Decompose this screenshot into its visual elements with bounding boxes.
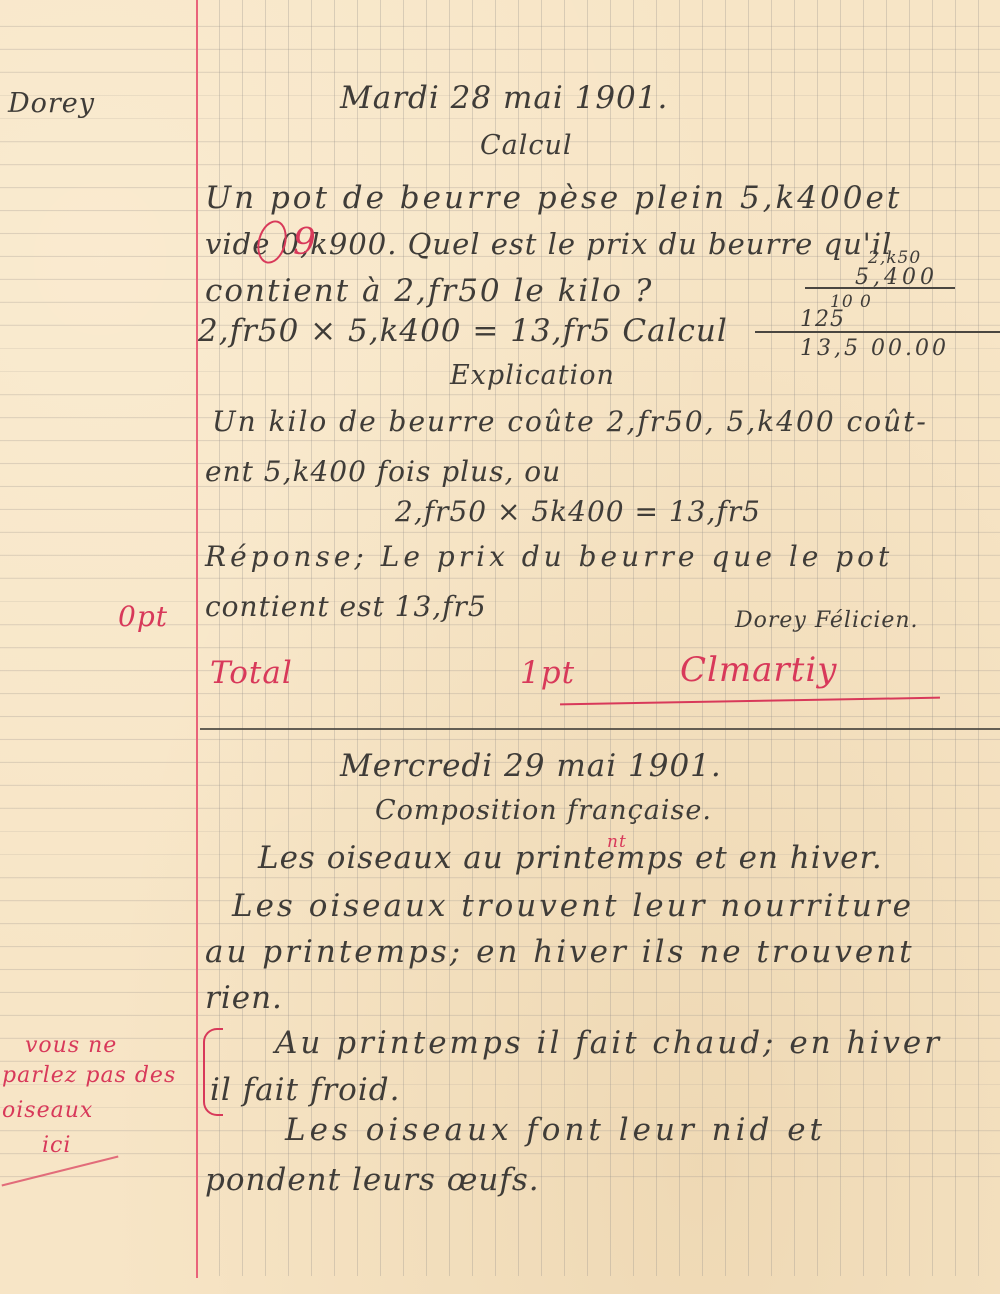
problem-line-1: Un pot de beurre pèse plein 5,k400et xyxy=(205,180,902,216)
side-result: 13,5 00.00 xyxy=(800,336,949,361)
entry1-subject: Calcul xyxy=(480,130,573,161)
body-line-3: rien. xyxy=(205,980,283,1016)
answer-line-1: Réponse; Le prix du beurre que le pot xyxy=(205,540,893,573)
body-line-6: Les oiseaux font leur nid et xyxy=(285,1112,826,1148)
explanation-line-2: ent 5,k400 fois plus, ou xyxy=(205,455,561,488)
red-margin-line xyxy=(196,0,198,1278)
body-line-1: Les oiseaux trouvent leur nourriture xyxy=(232,888,914,924)
entry2-date: Mercredi 29 mai 1901. xyxy=(340,748,722,784)
body-line-2: au printemps; en hiver ils ne trouvent xyxy=(205,934,915,970)
body-line-5: il fait froid. xyxy=(210,1072,400,1108)
teacher-comment-line-4: ici xyxy=(42,1133,71,1158)
side-calc-line-1 xyxy=(805,287,955,289)
section-divider xyxy=(200,728,1000,730)
margin-grade: 0pt xyxy=(118,600,168,633)
side-partial-2: 125 xyxy=(800,307,845,332)
explanation-line-1: Un kilo de beurre coûte 2,fr50, 5,k400 c… xyxy=(212,405,928,438)
notebook-page: Dorey 0pt Mardi 28 mai 1901. Calcul Un p… xyxy=(0,0,1000,1294)
problem-line-3: contient à 2,fr50 le kilo ? xyxy=(205,273,653,309)
entry1-date: Mardi 28 mai 1901. xyxy=(340,80,668,116)
composition-title: Les oiseaux au printemps et en hiver. xyxy=(258,840,883,876)
body-line-7: pondent leurs œufs. xyxy=(205,1162,540,1198)
entry2-subject: Composition française. xyxy=(375,795,712,826)
answer-line-2: contient est 13,fr5 xyxy=(205,590,487,623)
correction-digit: 9 xyxy=(293,222,317,263)
explanation-title: Explication xyxy=(450,360,615,391)
teacher-signature: Clmartiy xyxy=(680,650,837,690)
total-score: 1pt xyxy=(520,655,575,691)
explanation-line-3: 2,fr50 × 5k400 = 13,fr5 xyxy=(395,495,761,528)
body-line-4: Au printemps il fait chaud; en hiver xyxy=(275,1025,942,1061)
teacher-comment-line-3: oiseaux xyxy=(2,1098,93,1123)
title-correction: nt xyxy=(607,832,627,852)
student-name: Dorey xyxy=(8,88,95,119)
side-calc-line-2 xyxy=(755,331,1000,333)
calc-line: 2,fr50 × 5,k400 = 13,fr5 Calcul xyxy=(198,313,728,349)
teacher-comment-line-2: parlez pas des xyxy=(2,1063,176,1088)
student-signature: Dorey Félicien. xyxy=(735,608,919,633)
teacher-comment-line-1: vous ne xyxy=(25,1033,117,1058)
total-label: Total xyxy=(210,655,293,691)
